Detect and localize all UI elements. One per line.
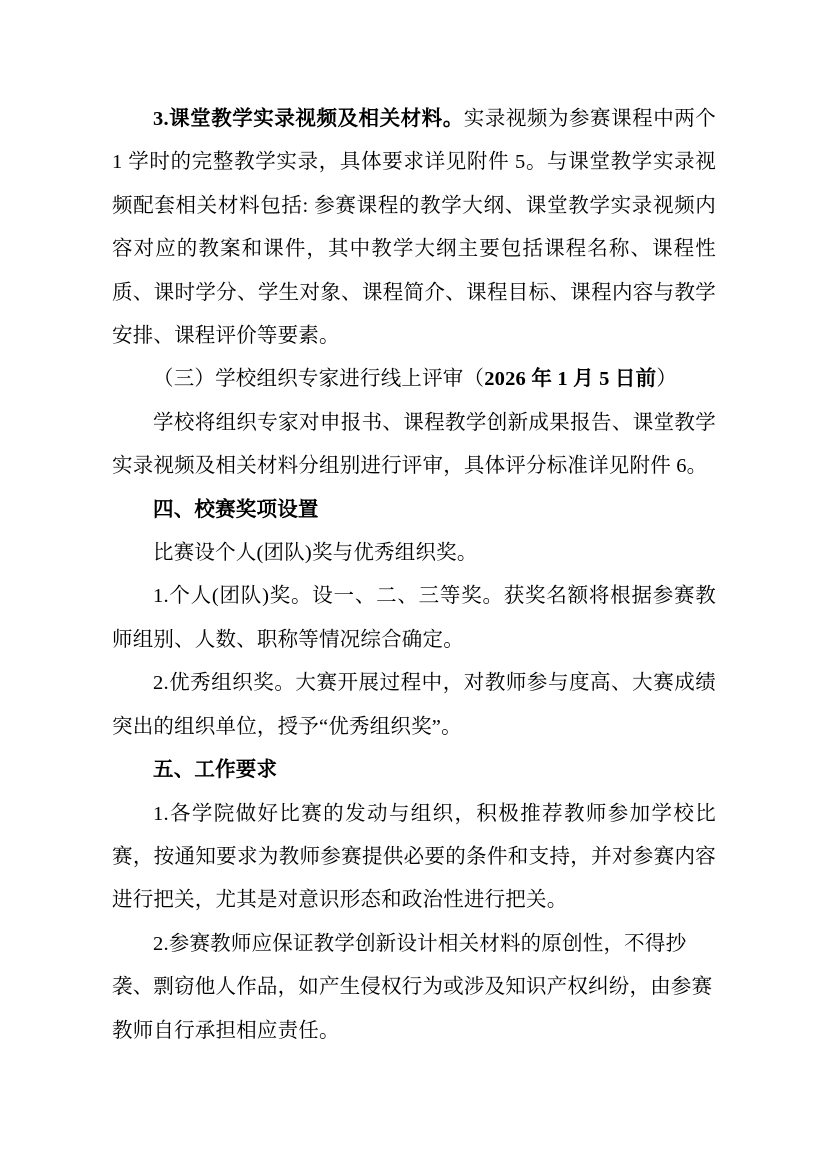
para-requirement-2-originality: 2.参赛教师应保证教学创新设计相关材料的原创性，不得抄袭、剽窃他人作品，如产生侵… [112,923,716,1053]
para-individual-team-award: 1.个人(团队)奖。设一、二、三等奖。获奖名额将根据参赛教师组别、人数、职称等情… [112,575,716,662]
document-page: 3.课堂教学实录视频及相关材料。实录视频为参赛课程中两个 1 学时的完整教学实录… [0,0,827,1169]
text-run: 实录视频为参赛课程中两个 1 学时的完整教学实录，具体要求详见附件 5。与课堂教… [112,108,716,347]
text-run: 2.参赛教师应保证教学创新设计相关材料的原创性，不得抄袭、剽窃他人作品，如产生侵… [112,933,712,1042]
heading-section-3-online-review: （三）学校组织专家进行线上评审（2026 年 1 月 5 日前） [112,358,716,401]
document-content: 3.课堂教学实录视频及相关材料。实录视频为参赛课程中两个 1 学时的完整教学实录… [112,98,716,1053]
text-run: 比赛设个人(团队)奖与优秀组织奖。 [153,542,478,564]
text-run: 1.个人(团队)奖。设一、二、三等奖。获奖名额将根据参赛教师组别、人数、职称等情… [112,585,716,650]
text-run: 2.优秀组织奖。大赛开展过程中，对教师参与度高、大赛成绩突出的组织单位，授予“优… [112,672,716,737]
para-expert-review-process: 学校将组织专家对申报书、课程教学创新成果报告、课堂教学实录视频及相关材料分组别进… [112,402,716,489]
heading-section-5-work-requirements: 五、工作要求 [112,749,716,792]
para-awards-overview: 比赛设个人(团队)奖与优秀组织奖。 [112,532,716,575]
text-run: 五、工作要求 [153,759,277,781]
heading-section-4-awards: 四、校赛奖项设置 [112,489,716,532]
text-run: （三）学校组织专家进行线上评审（ [153,368,484,390]
text-run: 3.课堂教学实录视频及相关材料。 [153,108,464,130]
text-run: ） [656,368,677,390]
text-run: 2026 年 1 月 5 日前 [484,368,656,390]
para-excellent-organization-award: 2.优秀组织奖。大赛开展过程中，对教师参与度高、大赛成绩突出的组织单位，授予“优… [112,662,716,749]
text-run: 四、校赛奖项设置 [153,499,319,521]
para-item3-recording-video-materials: 3.课堂教学实录视频及相关材料。实录视频为参赛课程中两个 1 学时的完整教学实录… [112,98,716,358]
para-requirement-1-college-organization: 1.各学院做好比赛的发动与组织，积极推荐教师参加学校比赛，按通知要求为教师参赛提… [112,793,716,923]
text-run: 学校将组织专家对申报书、课程教学创新成果报告、课堂教学实录视频及相关材料分组别进… [112,412,716,477]
text-run: 1.各学院做好比赛的发动与组织，积极推荐教师参加学校比赛，按通知要求为教师参赛提… [112,803,716,912]
